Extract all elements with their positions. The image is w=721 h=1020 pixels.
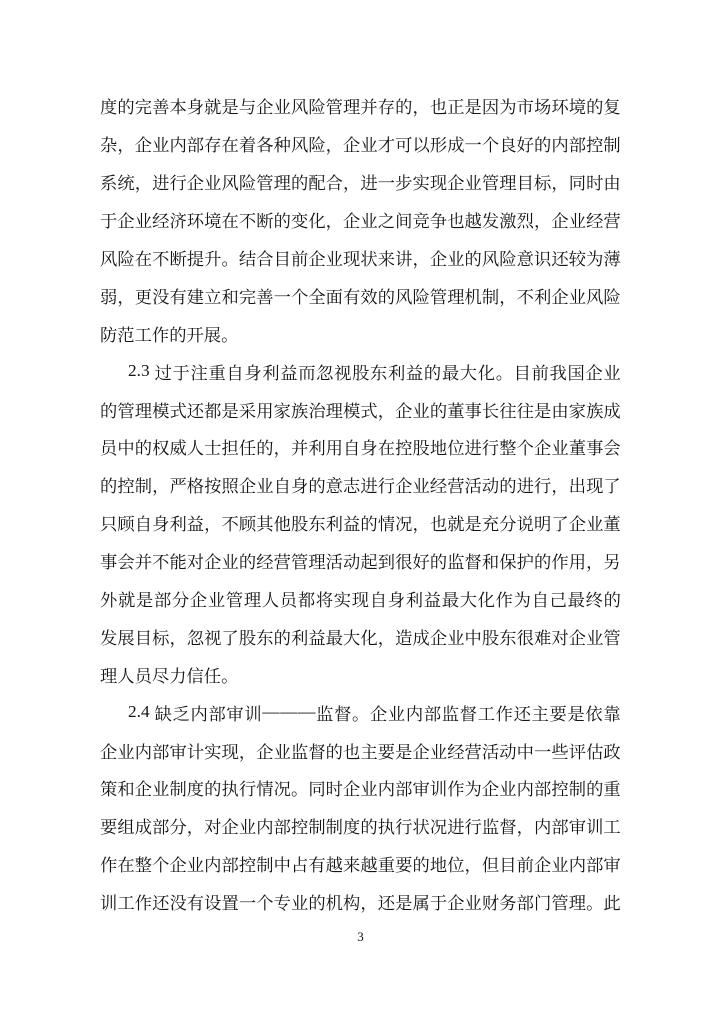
text-line: 防范工作的开展。	[100, 314, 621, 352]
text-line: 理人员尽力信任。	[100, 655, 621, 693]
text-line: 系统，进行企业风险管理的配合，进一步实现企业管理目标，同时由	[100, 163, 621, 201]
document-page: 度的完善本身就是与企业风险管理并存的，也正是因为市场环境的复杂，企业内部存在着各…	[0, 0, 721, 1020]
text-line: 策和企业制度的执行情况。同时企业内部审训作为企业内部控制的重	[100, 769, 621, 807]
text-line: 的控制，严格按照企业自身的意志进行企业经营活动的进行，出现了	[100, 466, 621, 504]
text-line: 训工作还没有设置一个专业的机构，还是属于企业财务部门管理。此	[100, 883, 621, 921]
text-line: 发展目标，忽视了股东的利益最大化，造成企业中股东很难对企业管	[100, 617, 621, 655]
text-line: 企业内部审计实现，企业监督的也主要是企业经营活动中一些评估政	[100, 731, 621, 769]
text-line: 的管理模式还都是采用家族治理模式，企业的董事长往往是由家族成	[100, 390, 621, 428]
page-number: 3	[100, 929, 621, 945]
text-line: 度的完善本身就是与企业风险管理并存的，也正是因为市场环境的复	[100, 87, 621, 125]
text-line: 作在整个企业内部控制中占有越来越重要的地位，但目前企业内部审	[100, 845, 621, 883]
text-line: 2.3 过于注重自身利益而忽视股东利益的最大化。目前我国企业	[100, 352, 621, 390]
text-line: 于企业经济环境在不断的变化，企业之间竞争也越发激烈，企业经营	[100, 201, 621, 239]
text-line: 弱，更没有建立和完善一个全面有效的风险管理机制，不利企业风险	[100, 276, 621, 314]
text-line: 杂，企业内部存在着各种风险，企业才可以形成一个良好的内部控制	[100, 125, 621, 163]
text-line: 外就是部分企业管理人员都将实现自身利益最大化作为自己最终的	[100, 580, 621, 618]
text-block: 度的完善本身就是与企业风险管理并存的，也正是因为市场环境的复杂，企业内部存在着各…	[100, 87, 621, 921]
text-line: 风险在不断提升。结合目前企业现状来讲，企业的风险意识还较为薄	[100, 239, 621, 277]
text-line: 事会并不能对企业的经营管理活动起到很好的监督和保护的作用，另	[100, 542, 621, 580]
text-line: 要组成部分，对企业内部控制制度的执行状况进行监督，内部审训工	[100, 807, 621, 845]
text-line: 员中的权威人士担任的，并利用自身在控股地位进行整个企业董事会	[100, 428, 621, 466]
text-line: 只顾自身利益，不顾其他股东利益的情况，也就是充分说明了企业董	[100, 504, 621, 542]
text-line: 2.4 缺乏内部审训———监督。企业内部监督工作还主要是依靠	[100, 693, 621, 731]
